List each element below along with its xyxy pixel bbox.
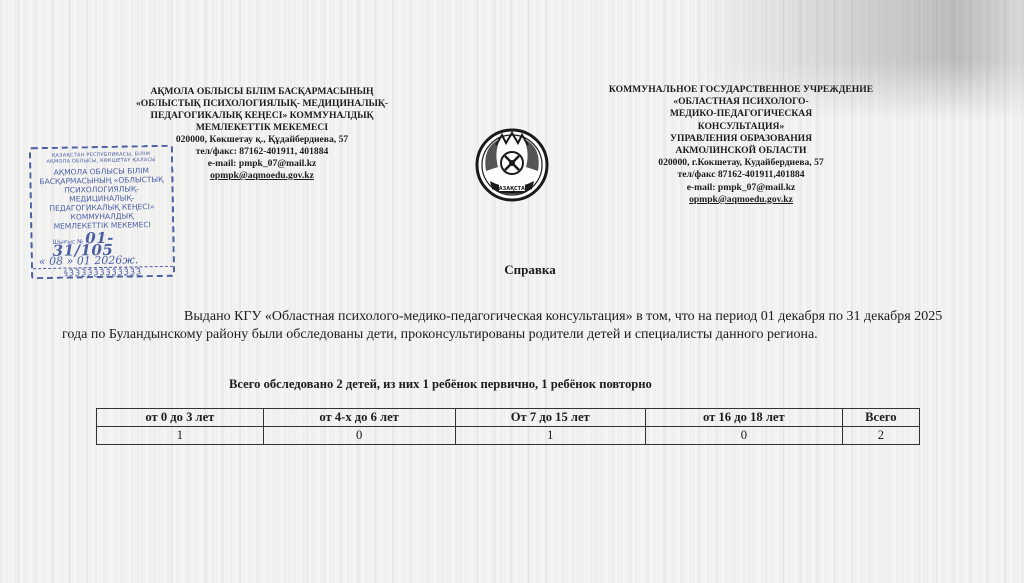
table-header-cell: от 16 до 18 лет — [645, 409, 842, 427]
table-cell: 1 — [455, 427, 645, 445]
org-name-line: «ОБЛЫСТЫҚ ПСИХОЛОГИЯЛЫҚ- МЕДИЦИНАЛЫҚ- — [112, 98, 412, 110]
summary-line: Всего обследовано 2 детей, из них 1 ребё… — [229, 377, 652, 392]
header-right-russian: КОММУНАЛЬНОЕ ГОСУДАРСТВЕННОЕ УЧРЕЖДЕНИЕ … — [592, 84, 890, 206]
paragraph-line-2: года по Буландынскому району были обслед… — [62, 327, 818, 342]
org-name-line: КОММУНАЛЬНОЕ ГОСУДАРСТВЕННОЕ УЧРЕЖДЕНИЕ — [592, 84, 890, 96]
org-name-line: МЕМЛЕКЕТТІК МЕКЕМЕСІ — [112, 122, 412, 134]
org-name-line: «ОБЛАСТНАЯ ПСИХОЛОГО- — [592, 96, 890, 108]
table-cell: 1 — [97, 427, 264, 445]
org-address: 020000, г.Кокшетау, Кудайбердиева, 57 — [592, 157, 890, 169]
table-header-cell: От 7 до 15 лет — [455, 409, 645, 427]
org-name-line: АКМОЛИНСКОЙ ОБЛАСТИ — [592, 145, 890, 157]
table-header-cell: от 0 до 3 лет — [97, 409, 264, 427]
org-name-line: КОНСУЛЬТАЦИЯ» — [592, 121, 890, 133]
state-emblem-icon: ҚАЗАҚСТАН — [472, 127, 552, 205]
org-name-line: УПРАВЛЕНИЯ ОБРАЗОВАНИЯ — [592, 133, 890, 145]
table-cell: 0 — [645, 427, 842, 445]
svg-text:ҚАЗАҚСТАН: ҚАЗАҚСТАН — [495, 186, 529, 192]
table-cell: 2 — [842, 427, 919, 445]
table-header-cell: от 4-х до 6 лет — [263, 409, 455, 427]
document-paragraph: Выдано КГУ «Областная психолого-медико-п… — [62, 308, 992, 344]
age-stats-table: от 0 до 3 лет от 4-х до 6 лет От 7 до 15… — [96, 408, 920, 445]
table-header-row: от 0 до 3 лет от 4-х до 6 лет От 7 до 15… — [97, 409, 920, 427]
org-phone: тел/факс 87162-401911,401884 — [592, 169, 890, 181]
org-name-line: АҚМОЛА ОБЛЫСЫ БІЛІМ БАСҚАРМАСЫНЫҢ — [112, 86, 412, 98]
stamp-small-line: АҚМОЛА ОБЛЫСЫ, КӨКШЕТАУ ҚАЛАСЫ — [31, 157, 171, 165]
org-email[interactable]: e-mail: pmpk_07@mail.kz — [592, 182, 890, 194]
table-cell: 0 — [263, 427, 455, 445]
table-header-cell: Всего — [842, 409, 919, 427]
org-name-line: ПЕДАГОГИКАЛЫҚ КЕҢЕСІ» КОММУНАЛДЫҚ — [112, 110, 412, 122]
table-row: 1 0 1 0 2 — [97, 427, 920, 445]
document-title: Справка — [18, 262, 1024, 278]
org-email-gov[interactable]: opmpk@aqmoedu.gov.kz — [592, 194, 890, 206]
registration-stamp: ҚАЗАҚСТАН РЕСПУБЛИКАСЫ, БІЛІМ АҚМОЛА ОБЛ… — [29, 145, 175, 279]
org-name-line: МЕДИКО-ПЕДАГОГИЧЕСКАЯ — [592, 108, 890, 120]
paragraph-line-1: Выдано КГУ «Областная психолого-медико-п… — [184, 309, 942, 324]
